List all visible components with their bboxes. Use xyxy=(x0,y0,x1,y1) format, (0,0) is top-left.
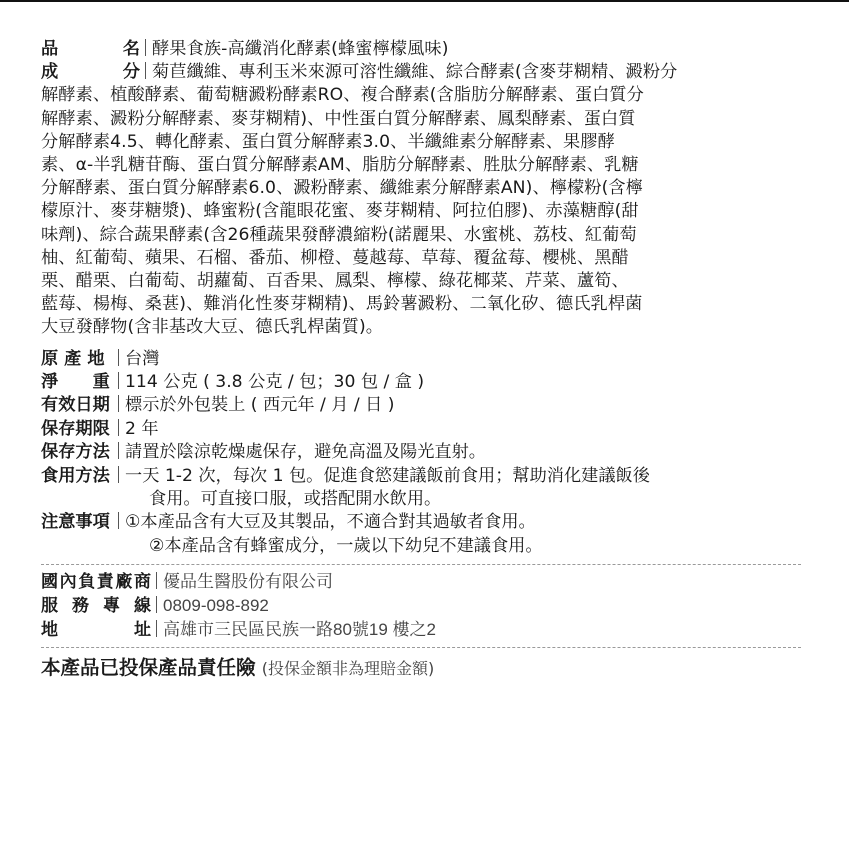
separator xyxy=(118,395,119,412)
storage-value: 請置於陰涼乾燥處保存，避免高溫及陽光直射。 xyxy=(125,442,486,462)
product-name-row: 品名 酵果食族-高纖消化酵素(蜂蜜檸檬風味) xyxy=(41,38,811,61)
hotline-value[interactable]: 0809-098-892 xyxy=(163,596,269,615)
hotline-label: 服 務 專 線 xyxy=(41,595,151,618)
net-weight-label: 淨 重 xyxy=(41,371,113,394)
hotline-row: 服 務 專 線0809-098-892 xyxy=(41,594,811,618)
ingredients-line: 分解酵素、蛋白質分解酵素6.0、澱粉酵素、纖維素分解酵素AN)、檸檬粉(含檸 xyxy=(41,177,811,200)
origin-label: 原 產 地 xyxy=(41,348,113,371)
separator xyxy=(145,39,146,56)
insurance-title: 本產品已投保產品責任險 xyxy=(41,656,256,679)
usage-value: 一天 1-2 次，每次 1 包。促進食慾建議飯前食用；幫助消化建議飯後 xyxy=(125,466,650,486)
address-row: 地 址高雄市三民區民族一路80號19 樓之2 xyxy=(41,618,811,642)
address-value: 高雄市三民區民族一路80號19 樓之2 xyxy=(163,620,436,639)
usage-label: 食用方法 xyxy=(41,465,113,488)
usage-continued: 食用。可直接口服，或搭配開水飲用。 xyxy=(41,488,811,511)
origin-value: 台灣 xyxy=(125,349,159,369)
shelf-life-label: 保存期限 xyxy=(41,418,113,441)
address-label: 地 址 xyxy=(41,619,151,642)
separator xyxy=(118,512,119,529)
caution-continued: ②本產品含有蜂蜜成分，一歲以下幼兒不建議食用。 xyxy=(41,535,811,558)
caution-row: 注意事項①本產品含有大豆及其製品，不適合對其過敏者食用。 xyxy=(41,511,811,534)
ingredients-line: 藍莓、楊梅、桑葚)、難消化性麥芽糊精)、馬鈴薯澱粉、二氧化矽、德氏乳桿菌 xyxy=(41,293,811,316)
separator xyxy=(118,372,119,389)
vendor-label: 國內負責廠商 xyxy=(41,571,151,594)
separator xyxy=(118,419,119,436)
ingredients-line: 栗、醋栗、白葡萄、胡蘿蔔、百香果、鳳梨、檸檬、綠花椰菜、芹菜、蘆筍、 xyxy=(41,270,811,293)
separator xyxy=(118,349,119,366)
ingredients-label: 成分 xyxy=(41,61,140,84)
separator xyxy=(156,572,157,589)
expiry-label: 有效日期 xyxy=(41,394,113,417)
separator xyxy=(156,620,157,637)
product-name-value: 酵果食族-高纖消化酵素(蜂蜜檸檬風味) xyxy=(152,39,449,59)
shelf-life-value: 2 年 xyxy=(125,419,159,439)
ingredients-line: 菊苣纖維、專利玉米來源可溶性纖維、綜合酵素(含麥芽糊精、澱粉分 xyxy=(152,62,677,82)
usage-row: 食用方法一天 1-2 次，每次 1 包。促進食慾建議飯前食用；幫助消化建議飯後 xyxy=(41,465,811,488)
ingredients-line: 檬原汁、麥芽糖漿)、蜂蜜粉(含龍眼花蜜、麥芽糊精、阿拉伯膠)、赤藻糖醇(甜 xyxy=(41,200,811,223)
top-border xyxy=(0,0,849,2)
ingredients-line: 柚、紅葡萄、蘋果、石榴、番茄、柳橙、蔓越莓、草莓、覆盆莓、櫻桃、黑醋 xyxy=(41,247,811,270)
separator xyxy=(118,442,119,459)
ingredients-line: 解酵素、植酸酵素、葡萄糖澱粉酵素RO、複合酵素(含脂肪分解酵素、蛋白質分 xyxy=(41,84,811,107)
insurance-notice: 本產品已投保產品責任險 (投保金額非為理賠金額) xyxy=(41,652,811,680)
storage-label: 保存方法 xyxy=(41,441,113,464)
ingredients-line: 分解酵素4.5、轉化酵素、蛋白質分解酵素3.0、半纖維素分解酵素、果膠酵 xyxy=(41,131,811,154)
shelf-life-row: 保存期限2 年 xyxy=(41,418,811,441)
expiry-value: 標示於外包裝上 ( 西元年 / 月 / 日 ) xyxy=(125,395,395,415)
expiry-row: 有效日期標示於外包裝上 ( 西元年 / 月 / 日 ) xyxy=(41,394,811,417)
caution-value: ①本產品含有大豆及其製品，不適合對其過敏者食用。 xyxy=(125,512,536,532)
net-weight-row: 淨 重114 公克 ( 3.8 公克 / 包；30 包 / 盒 ) xyxy=(41,371,811,394)
insurance-note: (投保金額非為理賠金額) xyxy=(262,659,435,678)
vendor-value: 優品生醫股份有限公司 xyxy=(163,572,333,591)
product-label-sheet: 品名 酵果食族-高纖消化酵素(蜂蜜檸檬風味) 成分 菊苣纖維、專利玉米來源可溶性… xyxy=(41,38,811,680)
origin-row: 原 產 地台灣 xyxy=(41,348,811,371)
caution-label: 注意事項 xyxy=(41,511,113,534)
ingredients-line: 味劑)、綜合蔬果酵素(含26種蔬果發酵濃縮粉(諾麗果、水蜜桃、荔枝、紅葡萄 xyxy=(41,224,811,247)
storage-row: 保存方法請置於陰涼乾燥處保存，避免高溫及陽光直射。 xyxy=(41,441,811,464)
separator xyxy=(156,596,157,613)
separator xyxy=(145,62,146,79)
net-weight-value: 114 公克 ( 3.8 公克 / 包；30 包 / 盒 ) xyxy=(125,372,424,392)
ingredients-line: 大豆發酵物(含非基改大豆、德氏乳桿菌質)。 xyxy=(41,316,811,339)
ingredients-line: 素、α-半乳糖苷酶、蛋白質分解酵素AM、脂肪分解酵素、胜肽分解酵素、乳糖 xyxy=(41,154,811,177)
ingredients-line: 解酵素、澱粉分解酵素、麥芽糊精)、中性蛋白質分解酵素、鳳梨酵素、蛋白質 xyxy=(41,108,811,131)
vendor-row: 國內負責廠商優品生醫股份有限公司 xyxy=(41,570,811,594)
ingredients-row: 成分 菊苣纖維、專利玉米來源可溶性纖維、綜合酵素(含麥芽糊精、澱粉分 xyxy=(41,61,811,84)
separator xyxy=(118,466,119,483)
product-name-label: 品名 xyxy=(41,38,140,61)
